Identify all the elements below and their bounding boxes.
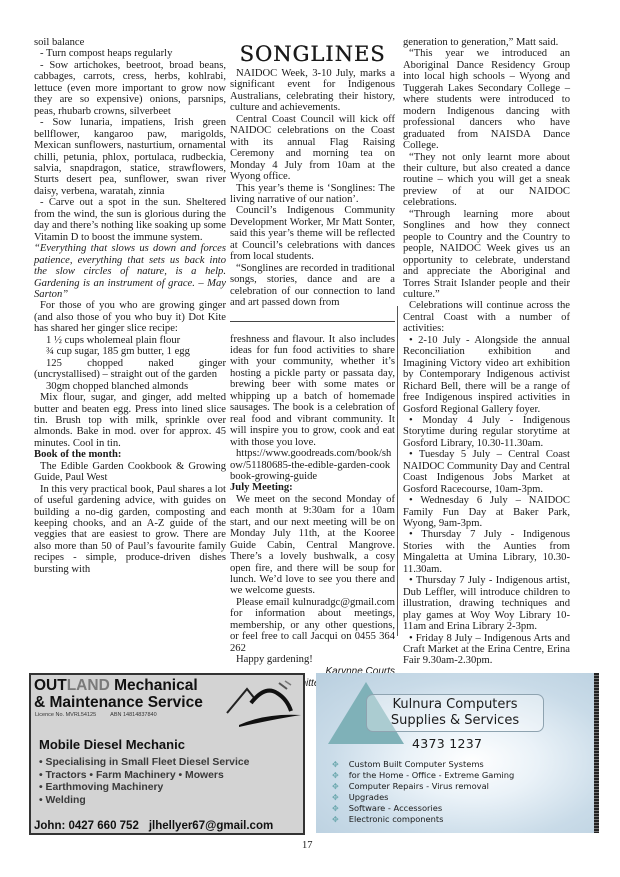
service-item: ✥Upgrades — [332, 792, 514, 803]
signoff: Happy gardening! — [230, 654, 395, 665]
licence-number: Licence No. MVRL54125 — [35, 712, 96, 718]
book-title: The Edible Garden Cookbook & Growing Gui… — [34, 461, 226, 484]
paragraph: NAIDOC Week, 3-10 July, marks a signific… — [230, 68, 395, 114]
paragraph: “Through learning more about Songlines a… — [403, 209, 570, 301]
diamond-bullet-icon: ✥ — [332, 815, 339, 824]
service-item: ✥for the Home - Office - Extreme Gaming — [332, 770, 514, 781]
ingredient: ¾ cup sugar, 185 gm butter, 1 egg — [34, 346, 226, 357]
column-divider — [397, 306, 398, 636]
book-url-link[interactable]: https://www.goodreads.com/book/show/5118… — [230, 448, 395, 482]
paragraph: soil balance — [34, 37, 226, 48]
ingredient: 1 ½ cups wholemeal plain flour — [34, 335, 226, 346]
services-list: • Specialising in Small Fleet Diesel Ser… — [39, 757, 249, 807]
book-review-continued: freshness and flavour. It also includes … — [230, 334, 395, 449]
diamond-bullet-icon: ✥ — [332, 760, 339, 769]
service-item: • Tractors • Farm Machinery • Mowers — [39, 770, 249, 783]
service-item: ✥Software - Accessories — [332, 803, 514, 814]
paragraph: Central Coast Council will kick off NAID… — [230, 114, 395, 183]
service-item: ✥Computer Repairs - Virus removal — [332, 781, 514, 792]
ad-phone: 4373 1237 — [412, 736, 482, 751]
advert-outland-mechanical: OUTLAND Mechanical & Maintenance Service… — [29, 673, 305, 835]
services-list: ✥Custom Built Computer Systems ✥for the … — [332, 759, 514, 825]
recipe-method: Mix flour, sugar, and ginger, add melted… — [34, 392, 226, 449]
paragraph: “They not only learnt more about their c… — [403, 152, 570, 209]
paragraph: - Turn compost heaps regularly — [34, 48, 226, 59]
article-title: SONGLINES — [230, 42, 395, 66]
meeting-heading: July Meeting: — [230, 482, 395, 493]
paragraph: generation to generation,” Matt said. — [403, 37, 570, 48]
title-rest: Mechanical — [110, 677, 198, 694]
activity-item: • Tuesday 5 July – Central Coast NAIDOC … — [403, 449, 570, 495]
ad-title: OUTLAND Mechanical — [34, 677, 198, 694]
book-review: In this very practical book, Paul shares… — [34, 484, 226, 576]
activity-item: • 2-10 July - Alongside the annual Recon… — [403, 335, 570, 415]
activity-item: • Monday 4 July - Indigenous Storytime d… — [403, 415, 570, 449]
brand-land: LAND — [67, 677, 110, 694]
service-label: for the Home - Office - Extreme Gaming — [349, 770, 515, 780]
service-item: ✥Electronic components — [332, 814, 514, 825]
service-label: Electronic components — [349, 814, 444, 824]
ad-border-edge — [594, 673, 599, 833]
section-divider — [230, 321, 395, 322]
contact-text: Please email kulnuradgc@gmail.com for in… — [230, 597, 395, 654]
mountain-logo-icon — [225, 679, 305, 729]
paragraph: - Sow lunaria, impatiens, Irish green be… — [34, 117, 226, 197]
activity-item: • Friday 8 July – Indigenous Arts and Cr… — [403, 633, 570, 667]
contact-email[interactable]: jlhellyer67@gmail.com — [149, 820, 273, 832]
advert-kulnura-computers: Kulnura Computers Supplies & Services 43… — [316, 673, 599, 833]
column-gardening-tips: soil balance - Turn compost heaps regula… — [34, 37, 226, 575]
book-heading: Book of the month: — [34, 449, 226, 460]
ad-title-box: Kulnura Computers Supplies & Services — [366, 694, 544, 732]
activity-item: • Thursday 7 July - Indigenous artist, D… — [403, 575, 570, 632]
licence-line: Licence No. MVRL54125ABN 14814837840 — [35, 712, 157, 718]
paragraph: This year’s theme is ‘Songlines: The liv… — [230, 183, 395, 206]
ad-title-line2: Supplies & Services — [367, 713, 543, 729]
ingredient: 30gm chopped blanched almonds — [34, 381, 226, 392]
ad-subtitle: Mobile Diesel Mechanic — [39, 737, 185, 752]
ginger-intro: For those of you who are growing ginger … — [34, 300, 226, 334]
paragraph: - Carve out a spot in the sun. Sheltered… — [34, 197, 226, 243]
service-item: • Welding — [39, 795, 249, 808]
paragraph: Celebrations will continue across the Ce… — [403, 300, 570, 334]
contact-phone: John: 0427 660 752 — [34, 820, 139, 832]
ingredient: 125 chopped naked ginger (uncrystallised… — [34, 358, 226, 381]
service-label: Computer Repairs - Virus removal — [349, 781, 489, 791]
paragraph: “This year we introduced an Aboriginal D… — [403, 48, 570, 151]
activity-item: • Thursday 7 July - Indigenous Stories w… — [403, 529, 570, 575]
ad-title-line2: & Maintenance Service — [34, 694, 203, 711]
meeting-text: We meet on the second Monday of each mon… — [230, 494, 395, 597]
activity-item: • Wednesday 6 July – NAIDOC Family Fun D… — [403, 495, 570, 529]
diamond-bullet-icon: ✥ — [332, 793, 339, 802]
contact-line: John: 0427 660 752jlhellyer67@gmail.com — [34, 820, 273, 832]
abn-number: ABN 14814837840 — [110, 712, 156, 718]
service-item: ✥Custom Built Computer Systems — [332, 759, 514, 770]
service-label: Software - Accessories — [349, 803, 442, 813]
brand-out: OUT — [34, 677, 67, 694]
page-number: 17 — [302, 840, 313, 851]
service-label: Custom Built Computer Systems — [349, 759, 484, 769]
column-songlines-continued: generation to generation,” Matt said. “T… — [403, 37, 570, 667]
paragraph: “Songlines are recorded in traditional s… — [230, 263, 395, 309]
diamond-bullet-icon: ✥ — [332, 804, 339, 813]
service-label: Upgrades — [349, 792, 389, 802]
diamond-bullet-icon: ✥ — [332, 771, 339, 780]
quote: “Everything that slows us down and force… — [34, 243, 226, 300]
paragraph: Council’s Indigenous Community Developme… — [230, 205, 395, 262]
service-item: • Earthmoving Machinery — [39, 782, 249, 795]
ad-title: Kulnura Computers — [367, 697, 543, 713]
diamond-bullet-icon: ✥ — [332, 782, 339, 791]
column-songlines: SONGLINES NAIDOC Week, 3-10 July, marks … — [230, 40, 395, 690]
service-item: • Specialising in Small Fleet Diesel Ser… — [39, 757, 249, 770]
paragraph: - Sow artichokes, beetroot, broad beans,… — [34, 60, 226, 117]
